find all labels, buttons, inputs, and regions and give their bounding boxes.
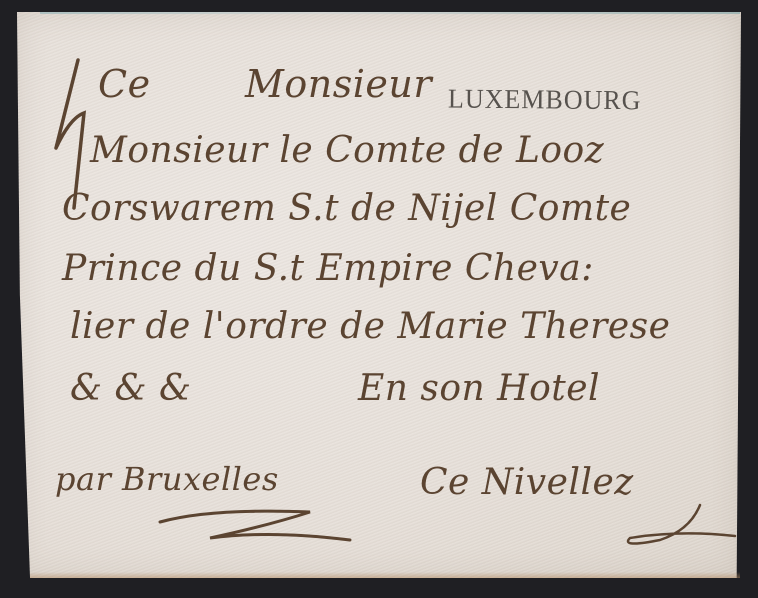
address-line-4: Prince du S.t Empire Cheva:	[62, 248, 594, 289]
routing-line: par Bruxelles	[55, 460, 279, 498]
paper-bottom-edge-stain	[30, 572, 740, 578]
address-line-6-left: & & &	[70, 368, 192, 409]
address-line-1: Monsieur	[245, 62, 432, 106]
address-line-2: Monsieur le Comte de Looz	[90, 130, 604, 171]
destination-line: Ce Nivellez	[420, 462, 634, 503]
address-line-3: Corswarem S.t de Nijel Comte	[62, 188, 631, 229]
underline-flourish-left	[150, 500, 370, 560]
address-line-5: lier de l'ordre de Marie Therese	[70, 306, 670, 347]
paper-top-edge	[40, 12, 740, 14]
underline-flourish-right	[600, 500, 740, 550]
luxembourg-postmark: LUXEMBOURG	[448, 83, 642, 116]
address-line-prefix: Ce	[98, 62, 151, 106]
address-line-6-right: En son Hotel	[358, 368, 600, 409]
